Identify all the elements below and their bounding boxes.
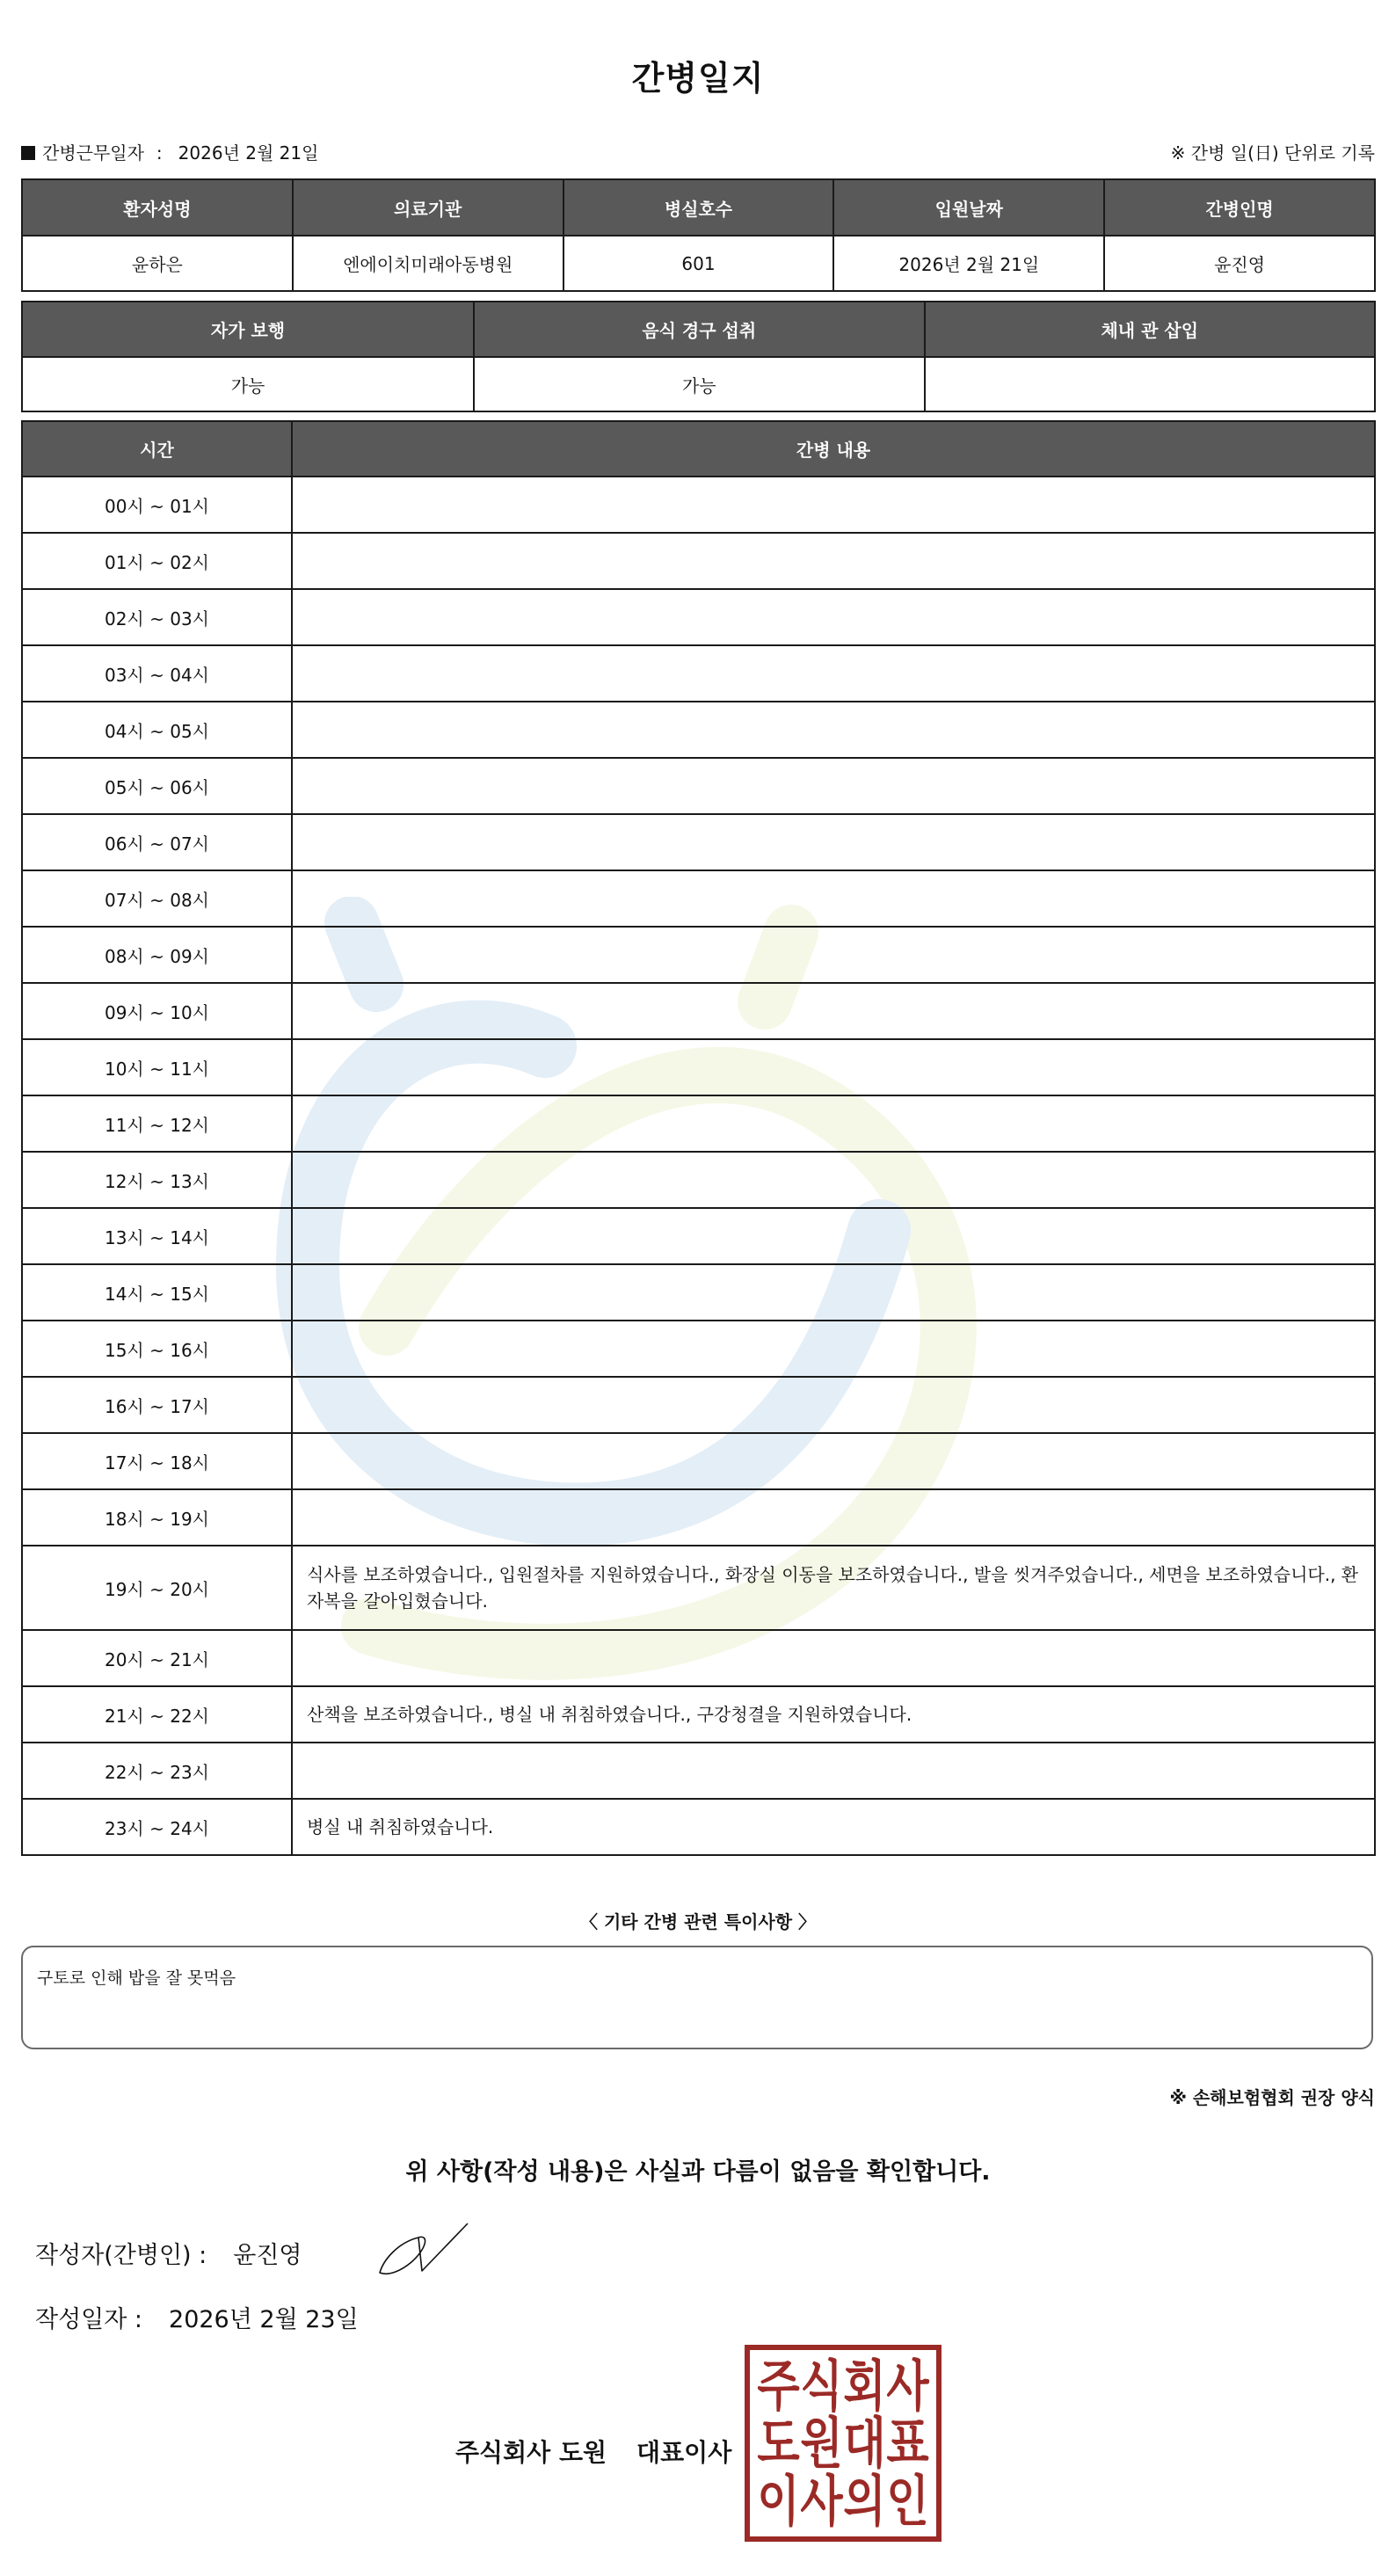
care-log-content xyxy=(292,758,1375,814)
care-log-time: 23시 ~ 24시 xyxy=(22,1799,292,1855)
care-log-content xyxy=(292,589,1375,645)
care-log-row: 09시 ~ 10시 xyxy=(22,983,1375,1039)
care-log-content xyxy=(292,1095,1375,1152)
care-log-body: 00시 ~ 01시01시 ~ 02시02시 ~ 03시03시 ~ 04시04시 … xyxy=(22,477,1375,1855)
form-source-note: ※ 손해보험협회 권장 양식 xyxy=(1169,2084,1375,2109)
care-log-row: 22시 ~ 23시 xyxy=(22,1743,1375,1799)
care-log-time: 01시 ~ 02시 xyxy=(22,533,292,589)
header-caregiver-name: 간병인명 xyxy=(1104,179,1375,236)
stamp-character: 의 xyxy=(843,2464,886,2536)
square-bullet-icon xyxy=(21,146,35,160)
patient-info-value-row: 윤하은 엔에이치미래아동병원 601 2026년 2월 21일 윤진영 xyxy=(22,236,1375,291)
care-log-row: 10시 ~ 11시 xyxy=(22,1039,1375,1095)
patient-name: 윤하은 xyxy=(22,236,293,291)
company-representative-title: 대표이사 xyxy=(636,2438,731,2467)
hospital-name: 엔에이치미래아동병원 xyxy=(293,236,563,291)
patient-info-table: 환자성명 의료기관 병실호수 입원날짜 간병인명 윤하은 엔에이치미래아동병원 … xyxy=(21,178,1376,292)
care-log-time: 20시 ~ 21시 xyxy=(22,1630,292,1686)
care-log-content xyxy=(292,927,1375,983)
care-log-content xyxy=(292,1152,1375,1208)
care-log-content xyxy=(292,533,1375,589)
care-log-content xyxy=(292,1321,1375,1377)
status-value-row: 가능 가능 xyxy=(22,357,1375,411)
care-log-content xyxy=(292,645,1375,702)
work-date-separator: : xyxy=(156,142,163,164)
care-log-row: 20시 ~ 21시 xyxy=(22,1630,1375,1686)
care-log-time: 21시 ~ 22시 xyxy=(22,1686,292,1743)
care-log-row: 11시 ~ 12시 xyxy=(22,1095,1375,1152)
care-log-time: 17시 ~ 18시 xyxy=(22,1433,292,1489)
company-seal-stamp: 주식회사도원대표이사의인 xyxy=(745,2345,942,2542)
stamp-character: 이 xyxy=(757,2464,800,2536)
care-log-time: 09시 ~ 10시 xyxy=(22,983,292,1039)
care-log-content: 식사를 보조하였습니다., 입원절차를 지원하였습니다., 화장실 이동을 보조… xyxy=(292,1546,1375,1630)
special-notes-box: 구토로 인해 밥을 잘 못먹음 xyxy=(21,1946,1373,2049)
care-log-content xyxy=(292,870,1375,927)
written-date-value: 2026년 2월 23일 xyxy=(169,2306,359,2333)
header-admission-date: 입원날짜 xyxy=(833,179,1104,236)
care-log-content xyxy=(292,1630,1375,1686)
header-patient-name: 환자성명 xyxy=(22,179,293,236)
care-log-row: 00시 ~ 01시 xyxy=(22,477,1375,533)
care-log-time: 02시 ~ 03시 xyxy=(22,589,292,645)
self-walking-value: 가능 xyxy=(22,357,474,411)
care-log-time: 13시 ~ 14시 xyxy=(22,1208,292,1264)
care-log-row: 02시 ~ 03시 xyxy=(22,589,1375,645)
care-log-time: 14시 ~ 15시 xyxy=(22,1264,292,1321)
room-number: 601 xyxy=(563,236,834,291)
care-log-content xyxy=(292,1489,1375,1546)
care-log-row: 23시 ~ 24시병실 내 취침하였습니다. xyxy=(22,1799,1375,1855)
special-notes-text: 구토로 인해 밥을 잘 못먹음 xyxy=(37,1968,236,1988)
care-log-row: 07시 ~ 08시 xyxy=(22,870,1375,927)
header-care-content: 간병 내용 xyxy=(292,421,1375,477)
care-log-time: 22시 ~ 23시 xyxy=(22,1743,292,1799)
care-log-time: 16시 ~ 17시 xyxy=(22,1377,292,1433)
care-log-content xyxy=(292,1433,1375,1489)
care-log-content xyxy=(292,1208,1375,1264)
company-line: 주식회사 도원대표이사 xyxy=(455,2434,731,2469)
care-log-time: 08시 ~ 09시 xyxy=(22,927,292,983)
header-self-walking: 자가 보행 xyxy=(22,302,474,357)
care-log-row: 15시 ~ 16시 xyxy=(22,1321,1375,1377)
care-log-content xyxy=(292,1743,1375,1799)
stamp-character: 인 xyxy=(886,2464,929,2536)
special-notes-heading: 〈 기타 간병 관련 특이사항 〉 xyxy=(0,1908,1396,1933)
writer-name: 윤진영 xyxy=(233,2242,302,2269)
header-room-number: 병실호수 xyxy=(563,179,834,236)
care-log-content xyxy=(292,1377,1375,1433)
record-note: ※ 간병 일(日) 단위로 기록 xyxy=(1171,139,1375,164)
work-date-value: 2026년 2월 21일 xyxy=(178,142,319,164)
care-log-row: 14시 ~ 15시 xyxy=(22,1264,1375,1321)
care-log-content xyxy=(292,1264,1375,1321)
signature-icon xyxy=(376,2222,473,2278)
care-log-row: 19시 ~ 20시식사를 보조하였습니다., 입원절차를 지원하였습니다., 화… xyxy=(22,1546,1375,1630)
care-log-row: 13시 ~ 14시 xyxy=(22,1208,1375,1264)
status-header-row: 자가 보행 음식 경구 섭취 체내 관 삽입 xyxy=(22,302,1375,357)
care-log-content xyxy=(292,1039,1375,1095)
care-log-time: 00시 ~ 01시 xyxy=(22,477,292,533)
care-log-row: 12시 ~ 13시 xyxy=(22,1152,1375,1208)
care-log-time: 04시 ~ 05시 xyxy=(22,702,292,758)
header-hospital: 의료기관 xyxy=(293,179,563,236)
care-log-content xyxy=(292,983,1375,1039)
written-date-label: 작성일자 : xyxy=(35,2306,142,2333)
company-name: 주식회사 도원 xyxy=(455,2438,607,2467)
care-log-row: 08시 ~ 09시 xyxy=(22,927,1375,983)
admission-date: 2026년 2월 21일 xyxy=(833,236,1104,291)
care-log-row: 03시 ~ 04시 xyxy=(22,645,1375,702)
care-log-row: 17시 ~ 18시 xyxy=(22,1433,1375,1489)
care-log-time: 15시 ~ 16시 xyxy=(22,1321,292,1377)
work-date-line: 간병근무일자:2026년 2월 21일 xyxy=(21,139,318,164)
page-title: 간병일지 xyxy=(0,51,1396,99)
caregiver-name: 윤진영 xyxy=(1104,236,1375,291)
care-log-row: 05시 ~ 06시 xyxy=(22,758,1375,814)
care-log-time: 07시 ~ 08시 xyxy=(22,870,292,927)
care-log-content xyxy=(292,702,1375,758)
care-log-row: 01시 ~ 02시 xyxy=(22,533,1375,589)
care-log-time: 19시 ~ 20시 xyxy=(22,1546,292,1630)
work-date-label: 간병근무일자 xyxy=(42,142,144,164)
care-log-content xyxy=(292,814,1375,870)
care-log-row: 18시 ~ 19시 xyxy=(22,1489,1375,1546)
care-log-content: 병실 내 취침하였습니다. xyxy=(292,1799,1375,1855)
care-log-time: 03시 ~ 04시 xyxy=(22,645,292,702)
stamp-character: 사 xyxy=(800,2464,843,2536)
header-oral-intake: 음식 경구 섭취 xyxy=(474,302,924,357)
care-log-table: 시간 간병 내용 00시 ~ 01시01시 ~ 02시02시 ~ 03시03시 … xyxy=(21,420,1376,1856)
care-log-content xyxy=(292,477,1375,533)
tube-insertion-value xyxy=(925,357,1376,411)
care-log-time: 10시 ~ 11시 xyxy=(22,1039,292,1095)
care-log-row: 06시 ~ 07시 xyxy=(22,814,1375,870)
header-tube-insertion: 체내 관 삽입 xyxy=(925,302,1376,357)
care-log-time: 05시 ~ 06시 xyxy=(22,758,292,814)
care-log-time: 06시 ~ 07시 xyxy=(22,814,292,870)
writer-label: 작성자(간병인) : xyxy=(35,2242,207,2269)
care-log-time: 18시 ~ 19시 xyxy=(22,1489,292,1546)
care-log-row: 04시 ~ 05시 xyxy=(22,702,1375,758)
care-log-header-row: 시간 간병 내용 xyxy=(22,421,1375,477)
writer-line: 작성자(간병인) :윤진영 xyxy=(35,2236,302,2270)
care-log-row: 21시 ~ 22시산책을 보조하였습니다., 병실 내 취침하였습니다., 구강… xyxy=(22,1686,1375,1743)
care-log-time: 12시 ~ 13시 xyxy=(22,1152,292,1208)
care-log-content: 산책을 보조하였습니다., 병실 내 취침하였습니다., 구강청결을 지원하였습… xyxy=(292,1686,1375,1743)
header-time: 시간 xyxy=(22,421,292,477)
care-log-row: 16시 ~ 17시 xyxy=(22,1377,1375,1433)
patient-info-header-row: 환자성명 의료기관 병실호수 입원날짜 간병인명 xyxy=(22,179,1375,236)
patient-status-table: 자가 보행 음식 경구 섭취 체내 관 삽입 가능 가능 xyxy=(21,301,1376,412)
confirmation-statement: 위 사항(작성 내용)은 사실과 다름이 없음을 확인합니다. xyxy=(0,2152,1396,2187)
oral-intake-value: 가능 xyxy=(474,357,924,411)
written-date-line: 작성일자 :2026년 2월 23일 xyxy=(35,2300,359,2334)
care-log-time: 11시 ~ 12시 xyxy=(22,1095,292,1152)
